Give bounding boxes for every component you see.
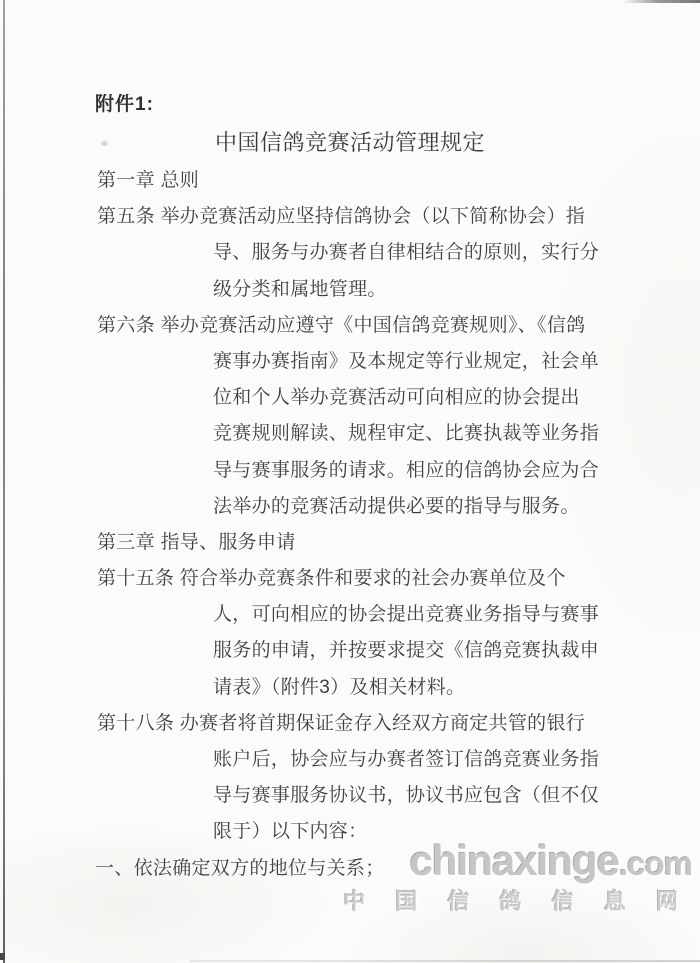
site-watermark: chinaxinge.com 中 国 信 鸽 信 息 网 (343, 840, 692, 913)
doc-line: 人，可向相应的协会提出竞赛业务指导与赛事 (0, 597, 700, 633)
document-body: 第一章 总则 第五条 举办竞赛活动应坚持信鸽协会（以下简称协会）指 导、服务与办… (0, 163, 700, 887)
watermark-domain: chinaxinge.com (343, 840, 692, 882)
doc-line: 请表》（附件3）及相关材料。 (0, 670, 700, 706)
chapter-heading: 第三章 指导、服务申请 (0, 525, 700, 561)
doc-line: 服务的申请，并按要求提交《信鸽竞赛执裁申 (0, 633, 700, 669)
doc-line: 第六条 举办竞赛活动应遵守《中国信鸽竞赛规则》、《信鸽 (0, 308, 700, 344)
doc-line: 导与赛事服务协议书，协议书应包含（但不仅 (0, 778, 700, 814)
doc-line: 法举办的竞赛活动提供必要的指导与服务。 (0, 489, 700, 525)
doc-line: 导、服务与办赛者自律相结合的原则，实行分 (0, 235, 700, 271)
doc-line: 第五条 举办竞赛活动应坚持信鸽协会（以下简称协会）指 (0, 199, 700, 235)
doc-line: 账户后，协会应与办赛者签订信鸽竞赛业务指 (0, 742, 700, 778)
scan-corner-bottom-left (0, 953, 5, 960)
document-title: 中国信鸽竞赛活动管理规定 (0, 126, 700, 157)
doc-line: 赛事办赛指南》及本规定等行业规定，社会单 (0, 344, 700, 380)
doc-line: 竞赛规则解读、规程审定、比赛执裁等业务指 (0, 416, 700, 452)
doc-line: 位和个人举办竞赛活动可向相应的协会提出 (0, 380, 700, 416)
doc-line: 导与赛事服务的请求。相应的信鸽协会应为合 (0, 453, 700, 489)
watermark-caption: 中 国 信 鸽 信 息 网 (343, 891, 690, 913)
doc-line: 级分类和属地管理。 (0, 272, 700, 308)
watermark-tld: .com (619, 845, 692, 882)
chapter-heading: 第一章 总则 (0, 163, 700, 199)
attachment-label: 附件1: (95, 89, 154, 116)
scanned-document-page: 附件1: 中国信鸽竞赛活动管理规定 第一章 总则 第五条 举办竞赛活动应坚持信鸽… (0, 0, 700, 963)
watermark-brand: chinaxinge (410, 837, 619, 884)
scan-edge-bottom (190, 960, 700, 962)
doc-line: 第十八条 办赛者将首期保证金存入经双方商定共管的银行 (0, 706, 700, 742)
scan-edge-top-right (622, 0, 700, 3)
doc-line: 第十五条 符合举办竞赛条件和要求的社会办赛单位及个 (0, 561, 700, 597)
